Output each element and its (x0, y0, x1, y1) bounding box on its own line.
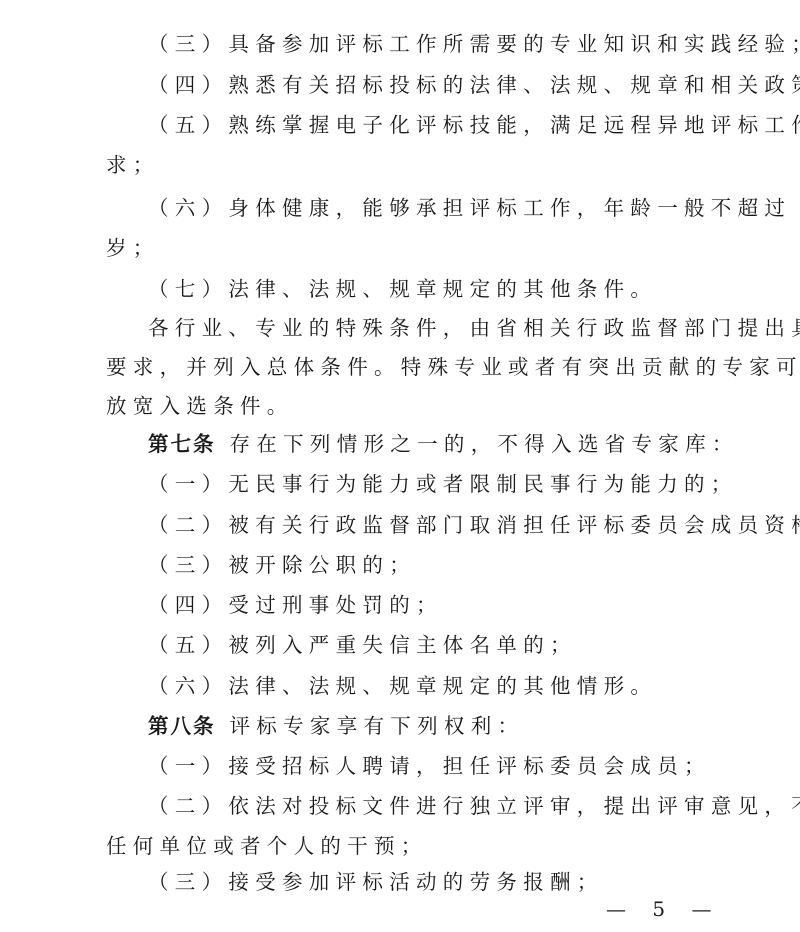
paragraph-line: （五）熟练掌握电子化评标技能，满足远程异地评标工作要 (148, 115, 800, 136)
paragraph-line: 要求，并列入总体条件。特殊专业或者有突出贡献的专家可适当 (106, 357, 800, 378)
paragraph-line: （七）法律、法规、规章规定的其他条件。 (148, 279, 657, 300)
paragraph-line: （一）无民事行为能力或者限制民事行为能力的； (148, 474, 738, 495)
paragraph-line: （三）接受参加评标活动的劳务报酬； (148, 872, 604, 893)
paragraph-line: 求； (106, 155, 160, 176)
paragraph-line: 岁； (106, 238, 160, 259)
article-7-line: 第七条存在下列情形之一的，不得入选省专家库： (148, 434, 739, 455)
paragraph-line: （一）接受招标人聘请，担任评标委员会成员； (148, 756, 711, 777)
paragraph-line: （六）身体健康，能够承担评标工作，年龄一般不超过 70 周 (148, 198, 800, 219)
paragraph-line: 任何单位或者个人的干预； (106, 836, 428, 857)
paragraph-line: （四）受过刑事处罚的； (148, 595, 443, 616)
article-text: 存在下列情形之一的，不得入选省专家库： (230, 432, 739, 456)
document-page: （三）具备参加评标工作所需要的专业知识和实践经验； （四）熟悉有关招标投标的法律… (0, 0, 800, 932)
paragraph-line: （三）具备参加评标工作所需要的专业知识和实践经验； (148, 34, 800, 55)
paragraph-line: （二）被有关行政监督部门取消担任评标委员会成员资格的； (148, 515, 800, 536)
paragraph-line: 放宽入选条件。 (106, 396, 294, 417)
article-heading: 第八条 (148, 714, 216, 738)
article-text: 评标专家享有下列权利： (230, 714, 525, 738)
article-8-line: 第八条评标专家享有下列权利： (148, 716, 524, 737)
paragraph-line: （五）被列入严重失信主体名单的； (148, 635, 577, 656)
paragraph-line: （三）被开除公职的； (148, 555, 416, 576)
paragraph-line: （六）法律、法规、规章规定的其他情形。 (148, 676, 657, 697)
page-number: — 5 — (606, 897, 721, 921)
article-heading: 第七条 (148, 432, 216, 456)
paragraph-line: （四）熟悉有关招标投标的法律、法规、规章和相关政策； (148, 75, 800, 96)
paragraph-line: 各行业、专业的特殊条件，由省相关行政监督部门提出具体 (148, 318, 800, 339)
paragraph-line: （二）依法对投标文件进行独立评审，提出评审意见，不受 (148, 796, 800, 817)
